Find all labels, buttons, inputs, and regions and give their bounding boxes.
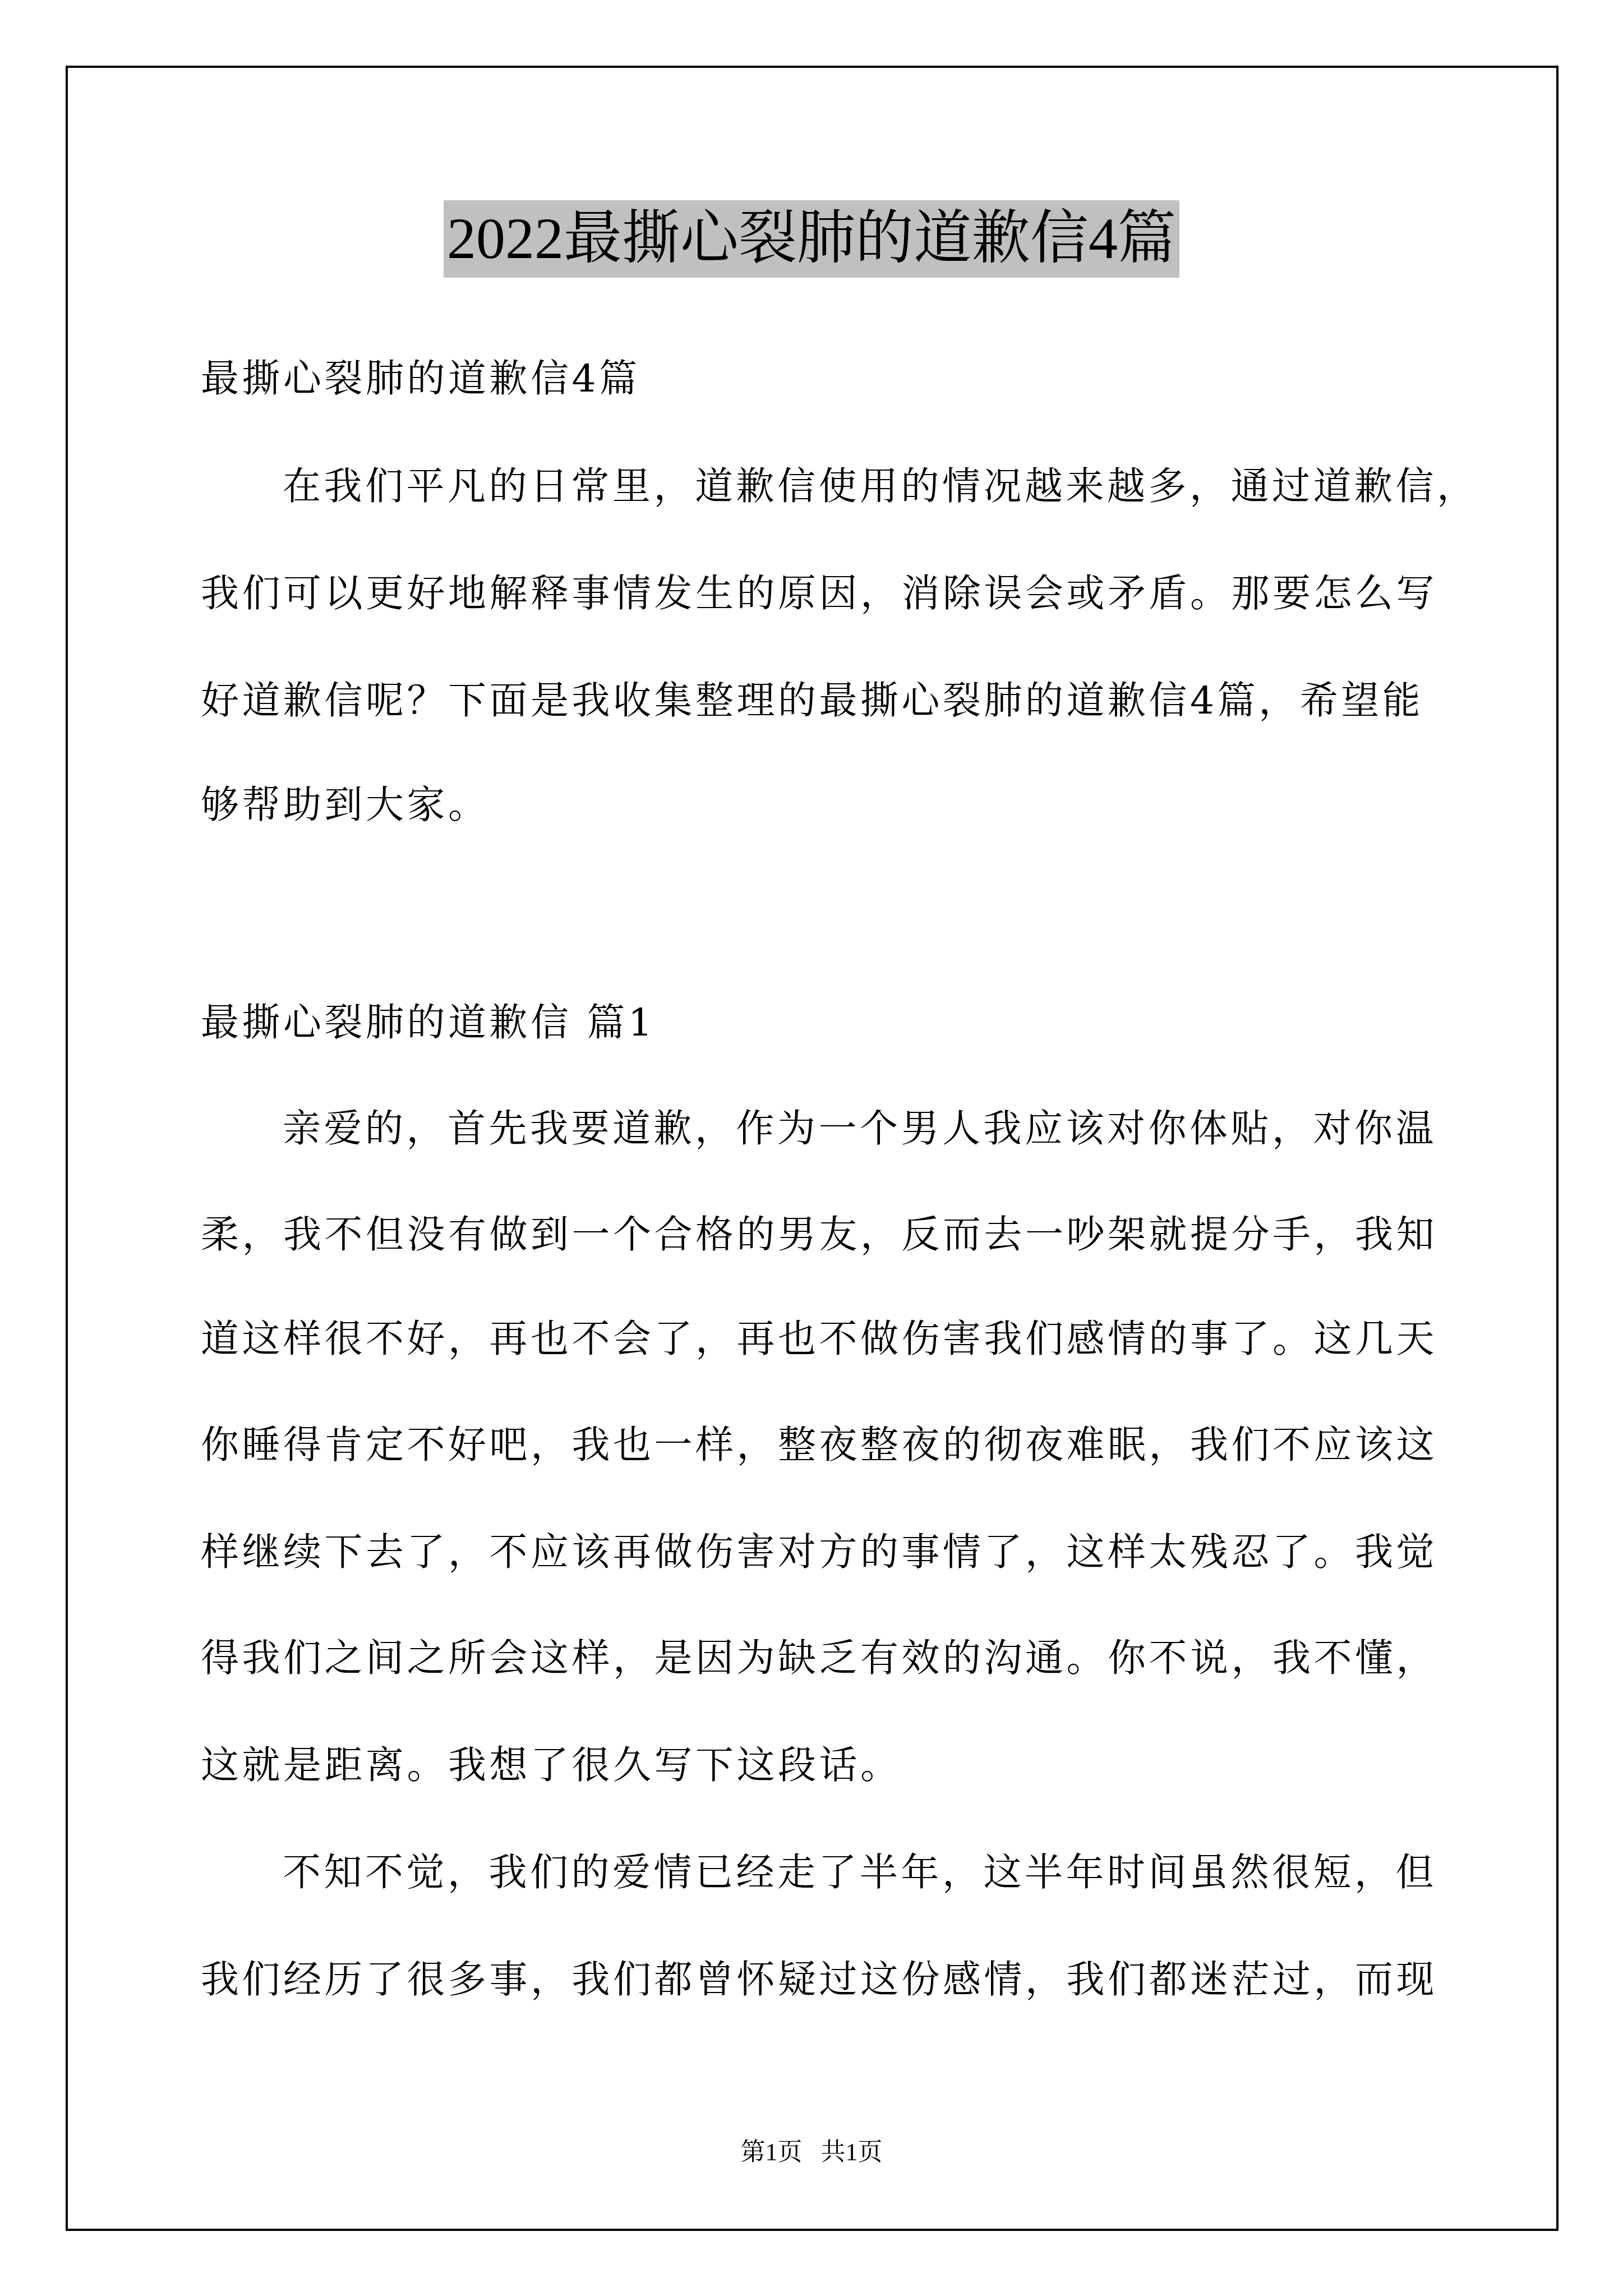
- body-line: 我们经历了很多事，我们都曾怀疑过这份感情，我们都迷茫过，而现: [201, 1955, 1457, 2005]
- page-footer: 第1页 共1页: [0, 2138, 1623, 2166]
- body-line: 样继续下去了，不应该再做伤害对方的事情了，这样太残忍了。我觉: [201, 1527, 1457, 1578]
- body-line: 道这样很不好，再也不会了，再也不做伤害我们感情的事了。这几天: [201, 1314, 1457, 1365]
- body-line: 得我们之间之所会这样，是因为缺乏有效的沟通。你不说，我不懂，: [201, 1634, 1457, 1684]
- body-line: 你睡得肯定不好吧，我也一样，整夜整夜的彻夜难眠，我们不应该这: [201, 1420, 1457, 1471]
- intro-line: 好道歉信呢？下面是我收集整理的最撕心裂肺的道歉信4篇，希望能: [201, 676, 1457, 726]
- body-line: 不知不觉，我们的爱情已经走了半年，这半年时间虽然很短，但: [201, 1848, 1539, 1898]
- intro-line: 够帮助到大家。: [201, 780, 1457, 831]
- body-line: 这就是距离。我想了很久写下这段话。: [201, 1741, 1457, 1791]
- intro-line: 我们可以更好地解释事情发生的原因，消除误会或矛盾。那要怎么写: [201, 569, 1457, 619]
- document-title: 2022最撕心裂肺的道歉信4篇: [444, 200, 1179, 278]
- body-line: 亲爱的，首先我要道歉，作为一个男人我应该对你体贴，对你温: [201, 1104, 1539, 1154]
- intro-line: 在我们平凡的日常里，道歉信使用的情况越来越多，通过道歉信，: [201, 462, 1539, 512]
- subtitle: 最撕心裂肺的道歉信4篇: [201, 354, 1457, 404]
- section-heading: 最撕心裂肺的道歉信 篇1: [201, 998, 1457, 1048]
- body-line: 柔，我不但没有做到一个合格的男友，反而去一吵架就提分手，我知: [201, 1210, 1457, 1260]
- title-container: 2022最撕心裂肺的道歉信4篇: [0, 200, 1623, 278]
